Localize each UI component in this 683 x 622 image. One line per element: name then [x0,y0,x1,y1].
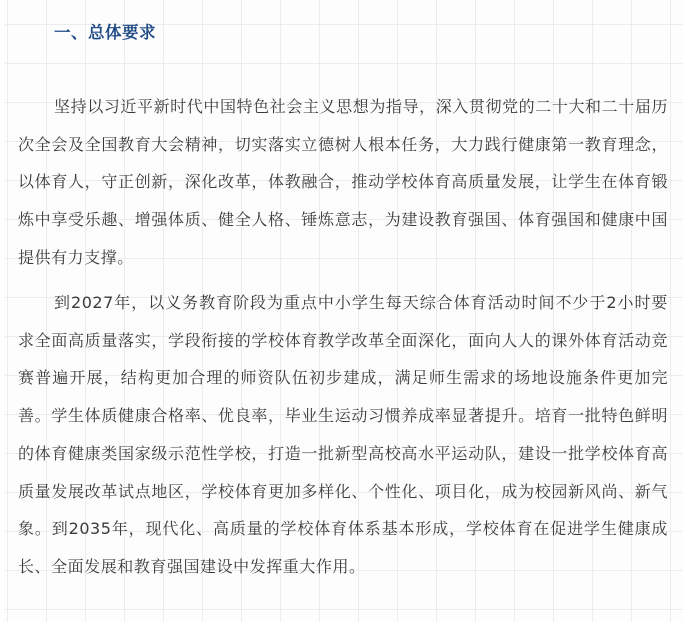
paragraph-guiding-principles: 坚持以习近平新时代中国特色社会主义思想为指导，深入贯彻党的二十大和二十届历次全会… [18,88,668,277]
left-margin-strip [0,0,4,622]
paragraph-goals: 到2027年，以义务教育阶段为重点中小学生每天综合体育活动时间不少于2小时要求全… [18,284,668,586]
section-heading: 一、总体要求 [54,19,156,47]
document-page: 一、总体要求 坚持以习近平新时代中国特色社会主义思想为指导，深入贯彻党的二十大和… [0,0,683,622]
